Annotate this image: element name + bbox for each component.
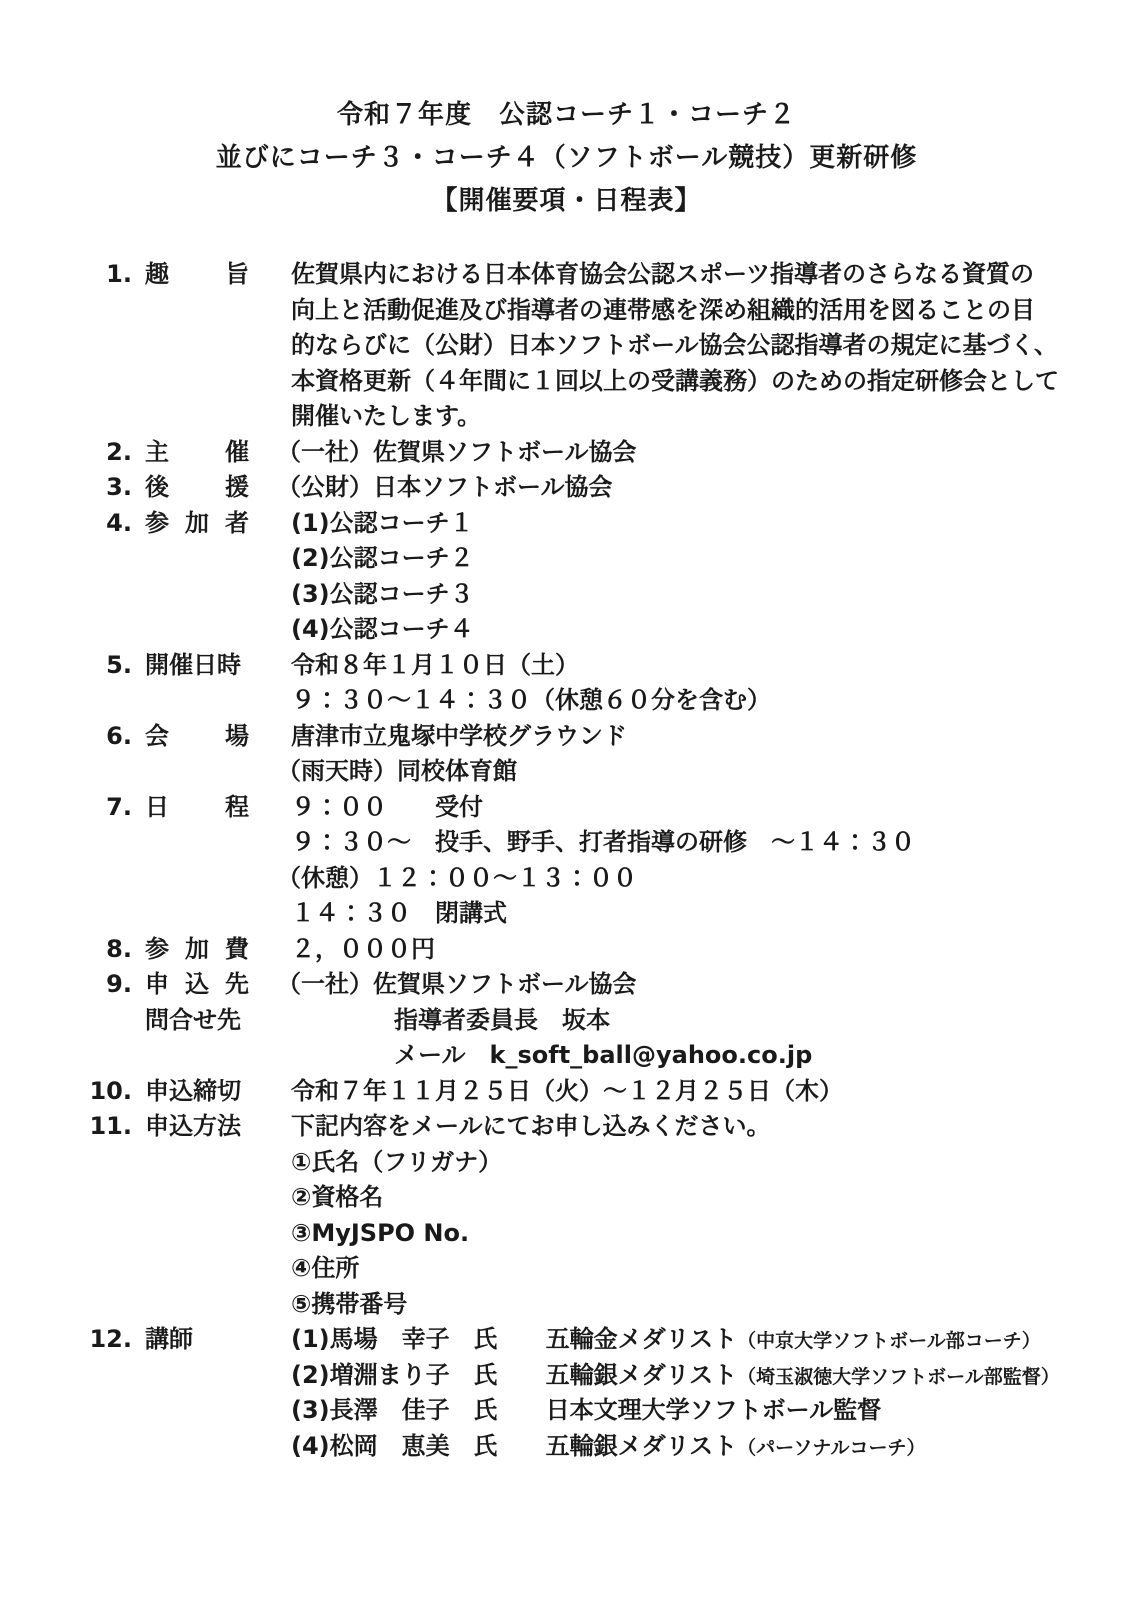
line-text: (3)公認コーチ３ xyxy=(291,577,474,613)
section-label: 申込締切 xyxy=(145,1074,249,1110)
line-text: (2)公認コーチ２ xyxy=(291,541,474,577)
line-text: （一社）佐賀県ソフトボール協会 xyxy=(277,967,637,1003)
section-label: 日程 xyxy=(145,790,249,826)
line-text: (1)公認コーチ１ xyxy=(291,506,474,542)
document-body: 1. 趣旨 佐賀県内における日本体育協会公認スポーツ指導者のさらなる資質の 向上… xyxy=(0,257,1133,1464)
section-number: 8. xyxy=(0,932,132,968)
doc-line: (3)公認コーチ３ xyxy=(0,577,1133,613)
line-text: ９：００ 受付 xyxy=(291,790,483,826)
section-number: 10. xyxy=(0,1074,132,1110)
section-number: 7. xyxy=(0,790,132,826)
line-text: 令和８年１月１０日（土） xyxy=(291,648,579,684)
doc-line: ⑤携帯番号 xyxy=(0,1287,1133,1323)
doc-line: 8. 参加費 ２，０００円 xyxy=(0,932,1133,968)
doc-line: 向上と活動促進及び指導者の連帯感を深め組織的活用を図ることの目 xyxy=(0,293,1133,329)
doc-line: 10. 申込締切 令和７年１１月２５日（火）～１２月２５日（木） xyxy=(0,1074,1133,1110)
line-note: （パーソナルコーチ） xyxy=(737,1431,925,1467)
line-text: ９：３０～１４：３０（休憩６０分を含む） xyxy=(291,683,771,719)
line-text: ２，０００円 xyxy=(291,932,435,968)
doc-line: （雨天時）同校体育館 xyxy=(0,754,1133,790)
doc-line: (4)松岡 恵美 氏 五輪銀メダリスト （パーソナルコーチ） xyxy=(0,1429,1133,1465)
line-text: 的ならびに（公財）日本ソフトボール協会公認指導者の規定に基づく、 xyxy=(291,328,1058,364)
section-number: 9. xyxy=(0,967,132,1003)
doc-line: (2)公認コーチ２ xyxy=(0,541,1133,577)
section-number: 1. xyxy=(0,257,132,293)
doc-line: (4)公認コーチ４ xyxy=(0,612,1133,648)
line-text: （雨天時）同校体育館 xyxy=(277,754,517,790)
doc-line: (2)増淵まり子 氏 五輪銀メダリスト （埼玉淑徳大学ソフトボール部監督） xyxy=(0,1358,1133,1394)
section-label: 参加者 xyxy=(145,506,249,542)
doc-line: 2. 主催 （一社）佐賀県ソフトボール協会 xyxy=(0,435,1133,471)
title-line-1: 令和７年度 公認コーチ１・コーチ２ xyxy=(0,94,1133,137)
line-text: ９：３０～ 投手、野手、打者指導の研修 ～１４：３０ xyxy=(291,825,915,861)
doc-line: 12. 講師 (1)馬場 幸子 氏 五輪金メダリスト （中京大学ソフトボール部コ… xyxy=(0,1322,1133,1358)
doc-line: （休憩）１２：００～１３：００ xyxy=(0,861,1133,897)
doc-line: 開催いたします。 xyxy=(0,399,1133,435)
section-label: 後援 xyxy=(145,470,249,506)
line-text: ①氏名（フリガナ） xyxy=(291,1145,502,1181)
line-text: ③MyJSPO No. xyxy=(291,1216,469,1252)
section-number: 4. xyxy=(0,506,132,542)
line-text: １４：３０ 閉講式 xyxy=(291,896,507,932)
doc-line: 本資格更新（４年間に１回以上の受講義務）のための指定研修会として xyxy=(0,364,1133,400)
section-label: 問合せ先 xyxy=(145,1003,249,1039)
line-text: 指導者委員長 坂本 xyxy=(394,1003,610,1039)
doc-line: 4. 参加者 (1)公認コーチ１ xyxy=(0,506,1133,542)
line-text: 開催いたします。 xyxy=(291,399,481,435)
document-title: 令和７年度 公認コーチ１・コーチ２ 並びにコーチ３・コーチ４（ソフトボール競技）… xyxy=(0,0,1133,223)
doc-line: 9. 申込先 （一社）佐賀県ソフトボール協会 xyxy=(0,967,1133,1003)
title-line-2: 並びにコーチ３・コーチ４（ソフトボール競技）更新研修 xyxy=(0,137,1133,180)
doc-line: 1. 趣旨 佐賀県内における日本体育協会公認スポーツ指導者のさらなる資質の xyxy=(0,257,1133,293)
line-text: ⑤携帯番号 xyxy=(291,1287,407,1323)
line-text: (4)松岡 恵美 氏 五輪銀メダリスト xyxy=(291,1429,737,1465)
section-label: 会場 xyxy=(145,719,249,755)
section-label: 開催日時 xyxy=(145,648,249,684)
line-text: 唐津市立鬼塚中学校グラウンド xyxy=(291,719,627,755)
doc-line: ②資格名 xyxy=(0,1180,1133,1216)
line-text: （休憩）１２：００～１３：００ xyxy=(277,861,637,897)
line-text: （一社）佐賀県ソフトボール協会 xyxy=(277,435,637,471)
line-text: （公財）日本ソフトボール協会 xyxy=(277,470,613,506)
doc-line: (3)長澤 佳子 氏 日本文理大学ソフトボール監督 xyxy=(0,1393,1133,1429)
line-text: (2)増淵まり子 氏 五輪銀メダリスト xyxy=(291,1358,737,1394)
section-number: 12. xyxy=(0,1322,132,1358)
line-text: (3)長澤 佳子 氏 日本文理大学ソフトボール監督 xyxy=(291,1393,881,1429)
doc-line: １４：３０ 閉講式 xyxy=(0,896,1133,932)
section-number: 3. xyxy=(0,470,132,506)
line-text: 下記内容をメールにてお申し込みください。 xyxy=(291,1109,771,1145)
doc-line: 6. 会場 唐津市立鬼塚中学校グラウンド xyxy=(0,719,1133,755)
line-text: ④住所 xyxy=(291,1251,359,1287)
doc-line: ９：３０～１４：３０（休憩６０分を含む） xyxy=(0,683,1133,719)
doc-line: メール k_soft_ball@yahoo.co.jp xyxy=(0,1038,1133,1074)
section-number: 6. xyxy=(0,719,132,755)
doc-line: ③MyJSPO No. xyxy=(0,1216,1133,1252)
line-text: (1)馬場 幸子 氏 五輪金メダリスト xyxy=(291,1322,737,1358)
line-text: 佐賀県内における日本体育協会公認スポーツ指導者のさらなる資質の xyxy=(291,257,1034,293)
line-note: （中京大学ソフトボール部コーチ） xyxy=(737,1324,1041,1360)
line-text: ②資格名 xyxy=(291,1180,383,1216)
section-label: 申込先 xyxy=(145,967,249,1003)
doc-line: 5. 開催日時 令和８年１月１０日（土） xyxy=(0,648,1133,684)
section-label: 申込方法 xyxy=(145,1109,249,1145)
line-text: (4)公認コーチ４ xyxy=(291,612,474,648)
doc-line: 11. 申込方法 下記内容をメールにてお申し込みください。 xyxy=(0,1109,1133,1145)
line-text: 本資格更新（４年間に１回以上の受講義務）のための指定研修会として xyxy=(291,364,1059,400)
line-text: メール k_soft_ball@yahoo.co.jp xyxy=(394,1038,812,1074)
section-label: 講師 xyxy=(145,1322,249,1358)
doc-line: 問合せ先 指導者委員長 坂本 xyxy=(0,1003,1133,1039)
doc-line: 7. 日程 ９：００ 受付 xyxy=(0,790,1133,826)
title-line-3: 【開催要項・日程表】 xyxy=(0,180,1133,223)
section-label: 趣旨 xyxy=(145,257,249,293)
line-text: 令和７年１１月２５日（火）～１２月２５日（木） xyxy=(291,1074,843,1110)
document-page: 令和７年度 公認コーチ１・コーチ２ 並びにコーチ３・コーチ４（ソフトボール競技）… xyxy=(0,0,1133,1622)
line-note: （埼玉淑徳大学ソフトボール部監督） xyxy=(737,1360,1060,1396)
doc-line: 的ならびに（公財）日本ソフトボール協会公認指導者の規定に基づく、 xyxy=(0,328,1133,364)
line-text: 向上と活動促進及び指導者の連帯感を深め組織的活用を図ることの目 xyxy=(291,293,1035,329)
section-number: 11. xyxy=(0,1109,132,1145)
doc-line: ①氏名（フリガナ） xyxy=(0,1145,1133,1181)
doc-line: ９：３０～ 投手、野手、打者指導の研修 ～１４：３０ xyxy=(0,825,1133,861)
section-label: 主催 xyxy=(145,435,249,471)
section-label: 参加費 xyxy=(145,932,249,968)
doc-line: ④住所 xyxy=(0,1251,1133,1287)
section-number: 5. xyxy=(0,648,132,684)
doc-line: 3. 後援 （公財）日本ソフトボール協会 xyxy=(0,470,1133,506)
section-number: 2. xyxy=(0,435,132,471)
